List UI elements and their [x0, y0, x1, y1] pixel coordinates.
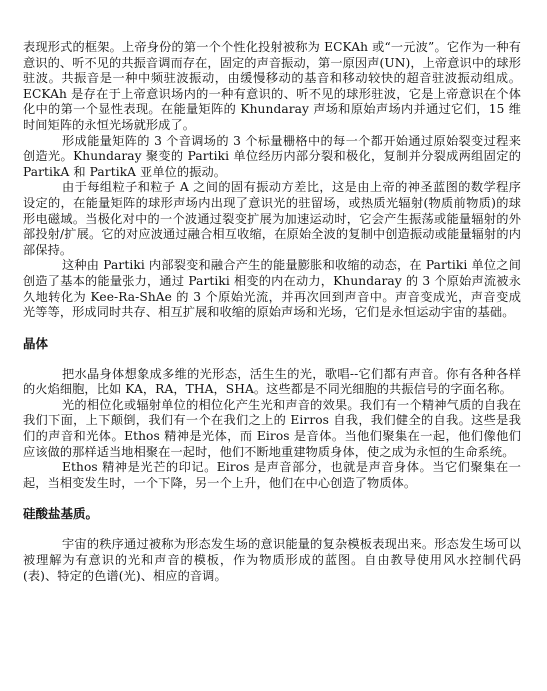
paragraph-crystal-3: Ethos 精神是光芒的印记。Eiros 是声音部分，也就是声音身体。当它们聚集…: [23, 460, 521, 491]
paragraph-crystal-2: 光的相位化或辐射单位的相位化产生光和声音的效果。我们有一个精神气质的自我在我们下…: [23, 398, 521, 460]
spacer: [23, 321, 521, 336]
spacer: [23, 352, 521, 367]
spacer: [23, 491, 521, 506]
section-heading-silicate: 硅酸盐基质。: [23, 506, 521, 522]
paragraph-intro-2: 形成能量矩阵的 3 个音调场的 3 个标量栅格中的每一个都开始通过原始裂变过程来…: [23, 134, 521, 181]
paragraph-silicate-1: 宇宙的秩序通过被称为形态发生场的意识能量的复杂模板表现出来。形态发生场可以被理解…: [23, 537, 521, 584]
paragraph-intro-1: 表现形式的框架。上帝身份的第一个个性化投射被称为 ECKAh 或“一元波”。它作…: [23, 40, 521, 134]
section-heading-crystal: 晶体: [23, 336, 521, 352]
paragraph-intro-4: 这种由 Partiki 内部裂变和融合产生的能量膨胀和收缩的动态，在 Parti…: [23, 258, 521, 320]
document-page: 表现形式的框架。上帝身份的第一个个性化投射被称为 ECKAh 或“一元波”。它作…: [23, 40, 521, 584]
paragraph-crystal-1: 把水晶身体想象成多维的光形态，活生生的光，歌唱--它们都有声音。你有各种各样的火…: [23, 367, 521, 398]
paragraph-intro-3: 由于每组粒子和粒子 A 之间的固有振动方差比，这是由上帝的神圣蓝图的数学程序设定…: [23, 180, 521, 258]
spacer: [23, 522, 521, 537]
